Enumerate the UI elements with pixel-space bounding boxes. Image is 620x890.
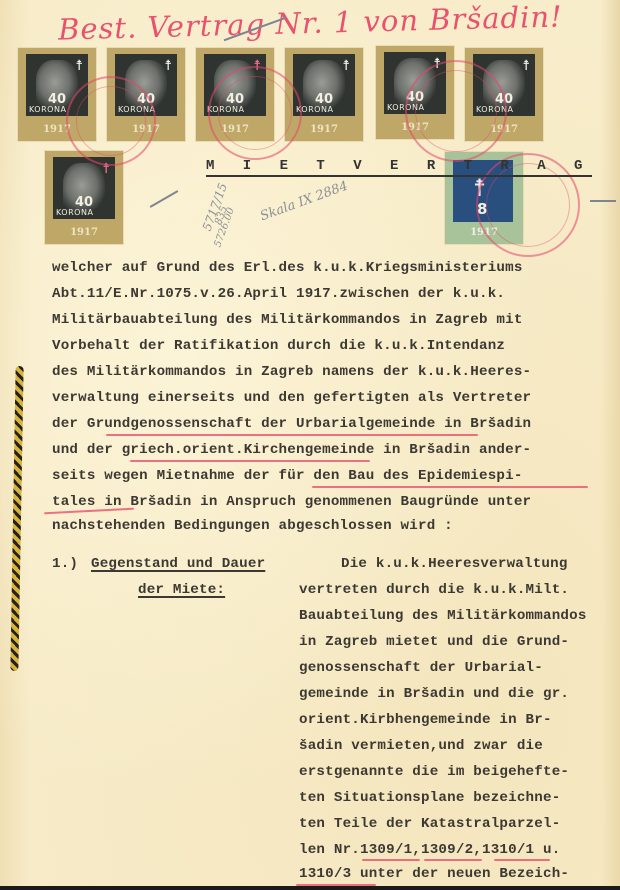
double-cross-icon: ☨ xyxy=(522,58,530,74)
text-line: 1310/3 unter der neuen Bezeich- xyxy=(299,866,569,882)
text-line: der Grundgenossenschaft der Urbarialgeme… xyxy=(52,416,531,432)
red-seal-stamp xyxy=(208,66,302,160)
text-line: und der griech.orient.Kirchengemeinde in… xyxy=(52,442,531,458)
text-line: seits wegen Mietnahme der für den Bau de… xyxy=(52,468,523,484)
red-underline xyxy=(362,859,420,861)
text-line: verwaltung einerseits und den gefertigte… xyxy=(52,390,531,406)
text-line: Abt.11/E.Nr.1075.v.26.April 1917.zwische… xyxy=(52,286,505,302)
red-underline xyxy=(424,859,482,861)
red-underline xyxy=(130,460,370,462)
red-seal-stamp xyxy=(405,60,507,162)
text-line: erstgenannte die im beigehefte- xyxy=(299,764,569,780)
pencil-stroke xyxy=(590,200,616,202)
section-heading: der Miete: xyxy=(138,582,225,598)
text-line: Militärbauabteilung des Militärkommandos… xyxy=(52,312,523,328)
text-line: ten Teile der Katastralparzel- xyxy=(299,816,560,832)
text-line: Bauabteilung des Militärkommandos xyxy=(299,608,587,624)
double-cross-icon: ☨ xyxy=(342,58,350,74)
text-line: šadin vermieten,und zwar die xyxy=(299,738,543,754)
text-line: len Nr.1309/1,1309/2,1310/1 u. xyxy=(299,842,560,858)
text-line: in Zagreb mietet und die Grund- xyxy=(299,634,569,650)
red-seal-stamp xyxy=(66,76,156,166)
stamp-currency: KORONA xyxy=(56,208,93,217)
double-cross-icon: ☨ xyxy=(75,58,83,74)
red-underline xyxy=(106,434,478,436)
document-title: M I E T V E R T R A G xyxy=(206,158,592,177)
scan-border xyxy=(0,886,620,890)
double-cross-icon: ☨ xyxy=(164,58,172,74)
text-line: orient.Kirbhengemeinde in Br- xyxy=(299,712,552,728)
text-line: nachstehenden Bedingungen abgeschlossen … xyxy=(52,518,453,534)
text-line: welcher auf Grund des Erl.des k.u.k.Krie… xyxy=(52,260,523,276)
text-line: gemeinde in Bršadin und die gr. xyxy=(299,686,569,702)
text-line: Die k.u.k.Heeresverwaltung xyxy=(341,556,568,572)
text-line: vertreten durch die k.u.k.Milt. xyxy=(299,582,569,598)
text-line: genossenschaft der Urbarial- xyxy=(299,660,543,676)
text-line: Vorbehalt der Ratifikation durch die k.u… xyxy=(52,338,505,354)
text-line: des Militärkommandos in Zagreb namens de… xyxy=(52,364,531,380)
section-number: 1.) xyxy=(52,556,78,572)
stamp-currency: KORONA xyxy=(29,105,66,114)
text-line: ten Situationsplane bezeichne- xyxy=(299,790,560,806)
section-heading: Gegenstand und Dauer xyxy=(91,556,265,572)
stamp-year: 1917 xyxy=(45,227,123,238)
red-underline xyxy=(494,859,550,861)
red-underline xyxy=(312,486,588,488)
